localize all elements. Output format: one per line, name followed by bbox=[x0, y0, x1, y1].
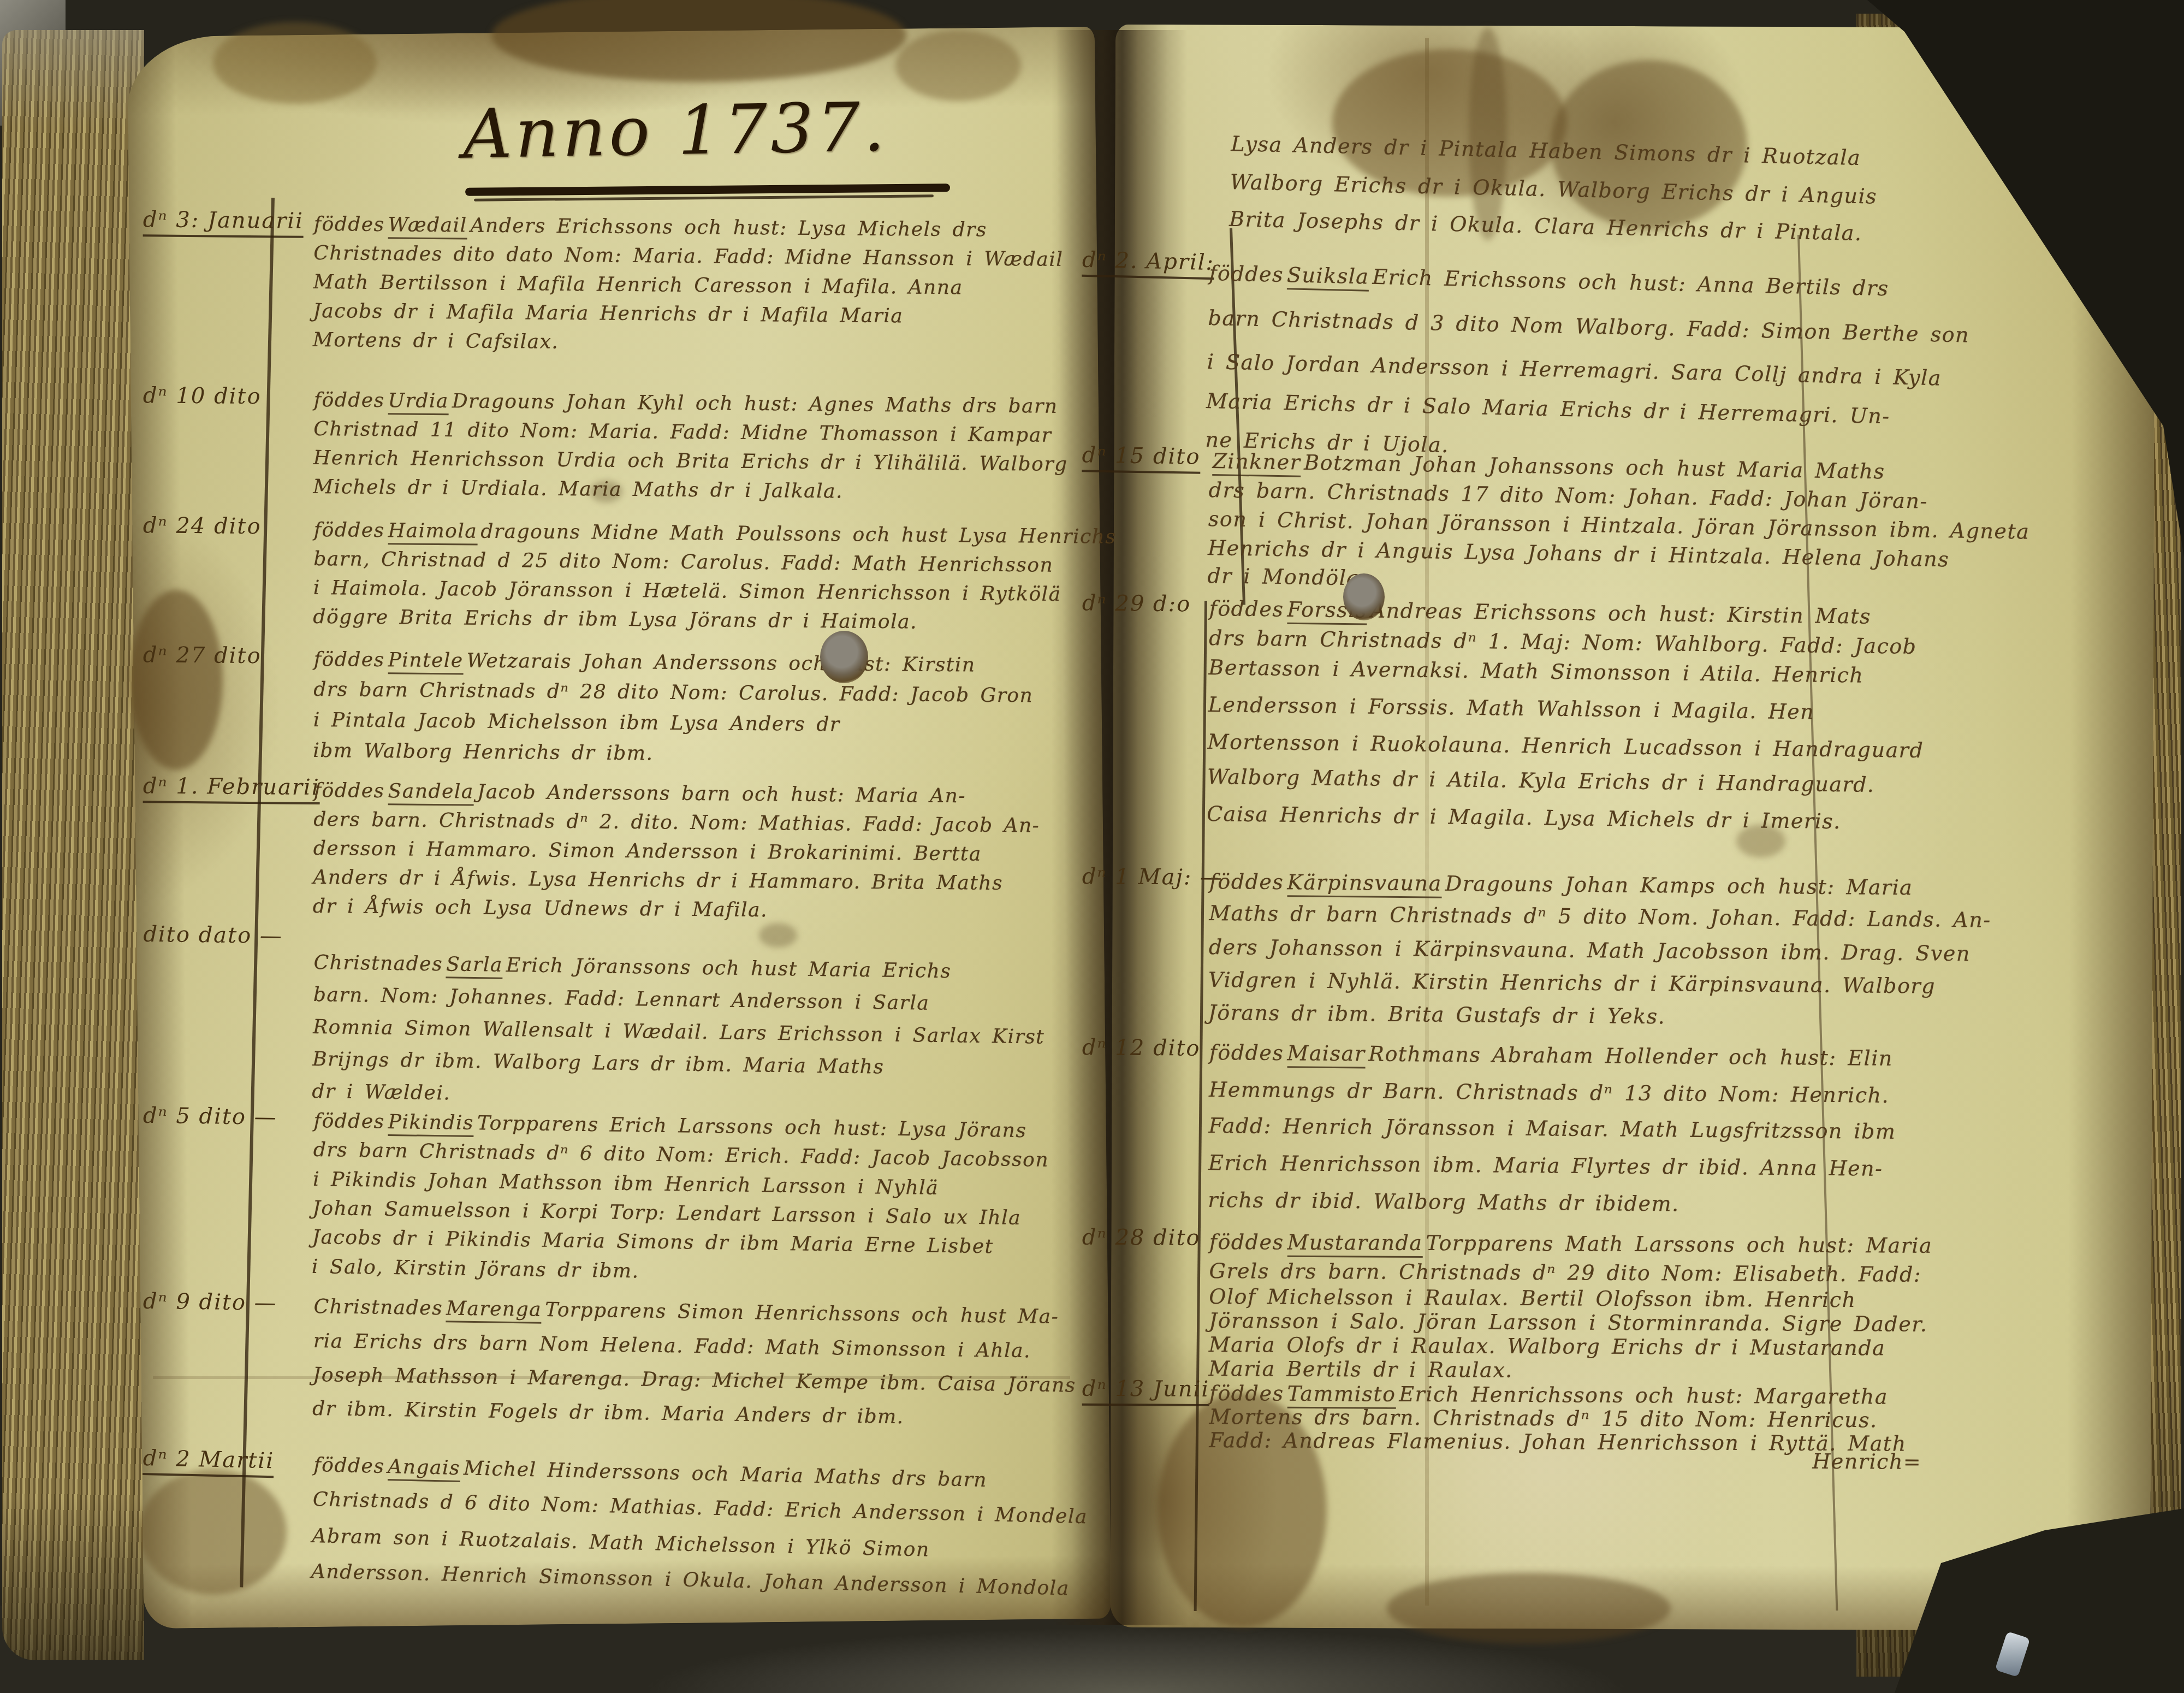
margin-date-label: dⁿ 2 Martii bbox=[143, 1446, 274, 1478]
record-line: dr i Wældei. bbox=[312, 1080, 450, 1105]
record-text: föddes bbox=[314, 779, 385, 802]
paper-stain bbox=[1387, 1573, 1671, 1644]
year-title: Anno 1737. bbox=[462, 88, 889, 174]
page-stack-left-edge bbox=[2, 30, 144, 1660]
margin-date-label: dⁿ 28 dito bbox=[1082, 1225, 1201, 1251]
place-name: Pintele bbox=[388, 649, 463, 674]
paper-stain bbox=[759, 923, 797, 948]
place-name: Sandela bbox=[388, 780, 474, 806]
record-text: Jacob Anderssons barn och hust: Maria An… bbox=[477, 781, 966, 808]
record-text: föddes bbox=[313, 1454, 385, 1478]
record-text: föddes bbox=[314, 519, 385, 542]
record-text: Christnades bbox=[313, 1295, 443, 1319]
place-name: Sarla bbox=[446, 953, 503, 979]
place-name: Pikindis bbox=[388, 1111, 474, 1137]
margin-date: dⁿ 12 dito bbox=[1082, 1035, 1201, 1061]
place-name: Zinkner bbox=[1212, 449, 1301, 477]
margin-date: dⁿ 24 dito bbox=[143, 513, 262, 539]
margin-date-label: dⁿ 13 Junii bbox=[1082, 1376, 1210, 1406]
record-text: föddes bbox=[1209, 1230, 1284, 1254]
record-text: Christnades bbox=[313, 951, 443, 975]
margin-date: dⁿ 3: Januarii bbox=[143, 207, 304, 234]
margin-date-label: dⁿ 27 dito bbox=[143, 642, 262, 668]
record-line: i Pintala Jacob Michelsson ibm Lysa Ande… bbox=[313, 709, 840, 736]
place-name: Marenga bbox=[446, 1297, 542, 1323]
record-text: föddes bbox=[313, 1110, 384, 1133]
margin-date: dⁿ 2. April: bbox=[1082, 247, 1214, 275]
record-text: Erich Henrichssons och hust: Margaretha bbox=[1399, 1382, 1888, 1409]
margin-date-label: dⁿ 29 d:o bbox=[1082, 590, 1191, 617]
record-line: dr i Åfwis och Lysa Udnews dr i Mafila. bbox=[313, 895, 768, 921]
margin-date: dⁿ 5 dito — bbox=[143, 1103, 277, 1130]
margin-date: dⁿ 28 dito bbox=[1082, 1225, 1201, 1251]
record-line: Maria Olofs dr i Raulax. Walborg Erichs … bbox=[1209, 1333, 1886, 1360]
record-line: Grels drs barn. Christnads dⁿ 29 dito No… bbox=[1209, 1259, 1921, 1287]
margin-date: dⁿ 2 Martii bbox=[143, 1446, 274, 1473]
record-text: föddes bbox=[1209, 1381, 1284, 1406]
record-line: föddesTammistoErich Henrichssons och hus… bbox=[1209, 1381, 1888, 1409]
margin-date-label: dⁿ 9 dito — bbox=[143, 1289, 277, 1316]
record-line: Mortens drs barn. Christnads dⁿ 15 dito … bbox=[1209, 1405, 1878, 1432]
record-line: richs dr ibid. Walborg Maths dr ibidem. bbox=[1208, 1188, 1679, 1216]
record-text: föddes bbox=[1209, 596, 1284, 621]
paper-stain bbox=[895, 30, 1021, 101]
record-text: Rothmans Abraham Hollender och hust: Eli… bbox=[1368, 1042, 1893, 1070]
ink-blot bbox=[820, 631, 868, 683]
margin-date: dⁿ 27 dito bbox=[143, 642, 262, 668]
record-text: Wetzarais Johan Anderssons och hust: Kir… bbox=[467, 649, 976, 676]
record-line: Olof Michelsson i Raulax. Bertil Olofsso… bbox=[1209, 1284, 1856, 1312]
margin-date-label: dⁿ 1 Maj: — bbox=[1082, 864, 1223, 890]
margin-date: dⁿ 29 d:o bbox=[1082, 590, 1191, 617]
margin-date-label: dⁿ 2. April: bbox=[1082, 247, 1214, 280]
margin-date-label: dⁿ 1. Februarii bbox=[143, 773, 320, 804]
place-name: Mustaranda bbox=[1287, 1230, 1422, 1258]
record-text bbox=[1209, 449, 1209, 473]
place-name: Wædail bbox=[388, 214, 467, 239]
record-text: föddes bbox=[314, 213, 385, 236]
record-line: dr i Mondöla. bbox=[1207, 564, 1367, 590]
record-text: Torpparens Math Larssons och hust: Maria bbox=[1426, 1231, 1932, 1258]
record-text: föddes bbox=[1209, 261, 1284, 287]
record-line: Jöransson i Salo. Jöran Larsson i Stormi… bbox=[1209, 1309, 1927, 1336]
record-text: föddes bbox=[314, 389, 385, 412]
margin-date-label: dⁿ 15 dito bbox=[1082, 442, 1201, 473]
manuscript-photo: Anno 1737. dⁿ 3: Januarii föddesWædailAn… bbox=[0, 0, 2184, 1693]
record-line: i Salo, Kirstin Jörans dr ibm. bbox=[312, 1256, 639, 1282]
record-line: Maria Bertils dr i Raulax. bbox=[1209, 1357, 1513, 1382]
paper-stain bbox=[213, 22, 377, 104]
record-line: Fadd: Andreas Flamenius. Johan Henrichss… bbox=[1209, 1428, 1906, 1456]
margin-date-label: dⁿ 5 dito — bbox=[143, 1103, 277, 1130]
margin-date-label: dⁿ 24 dito bbox=[143, 513, 262, 539]
record-line: Michels dr i Urdiala. Maria Maths dr i J… bbox=[313, 476, 843, 502]
margin-date-label: dito dato — bbox=[143, 922, 283, 949]
margin-date: dito dato — bbox=[143, 922, 283, 949]
record-text: Anders Erichssons och hust: Lysa Michels… bbox=[470, 215, 987, 241]
record-text: föddes bbox=[1209, 869, 1284, 894]
paper-stain bbox=[139, 1469, 287, 1595]
paper-stain bbox=[130, 590, 223, 770]
record-text: föddes bbox=[314, 648, 385, 671]
record-text: föddes bbox=[1209, 1040, 1284, 1065]
place-name: Suiksla bbox=[1286, 263, 1369, 291]
margin-date: dⁿ 13 Junii bbox=[1082, 1376, 1210, 1402]
record-line: ibm Walborg Henrichs dr ibm. bbox=[313, 739, 653, 765]
margin-date: dⁿ 1 Maj: — bbox=[1082, 864, 1223, 890]
margin-date-label: dⁿ 10 dito bbox=[143, 383, 262, 409]
place-name: Kärpinsvauna bbox=[1287, 870, 1442, 898]
margin-date: dⁿ 10 dito bbox=[143, 383, 262, 409]
paper-stain bbox=[1469, 27, 1507, 240]
record-line: Mortens dr i Cafsilax. bbox=[313, 329, 559, 353]
place-name: Urdia bbox=[388, 389, 448, 415]
record-line-hanging: Henrich= bbox=[1812, 1449, 1921, 1474]
margin-date: dⁿ 9 dito — bbox=[143, 1289, 277, 1316]
margin-date: dⁿ 15 dito bbox=[1082, 442, 1200, 469]
place-name: Angais bbox=[388, 1455, 461, 1482]
ink-blot bbox=[1343, 573, 1385, 620]
record-text: Dragouns Johan Kamps och hust: Maria bbox=[1445, 872, 1913, 899]
margin-date-label: dⁿ 12 dito bbox=[1082, 1035, 1201, 1061]
place-name: Maisar bbox=[1287, 1041, 1365, 1068]
place-name: Haimola bbox=[388, 519, 477, 545]
margin-date: dⁿ 1. Februarii bbox=[143, 773, 320, 800]
record-line: föddesMustarandaTorpparens Math Larssons… bbox=[1209, 1230, 1933, 1258]
margin-date-label: dⁿ 3: Januarii bbox=[143, 207, 304, 238]
record-line: Jörans dr ibm. Brita Gustafs dr i Yeks. bbox=[1208, 1001, 1666, 1028]
